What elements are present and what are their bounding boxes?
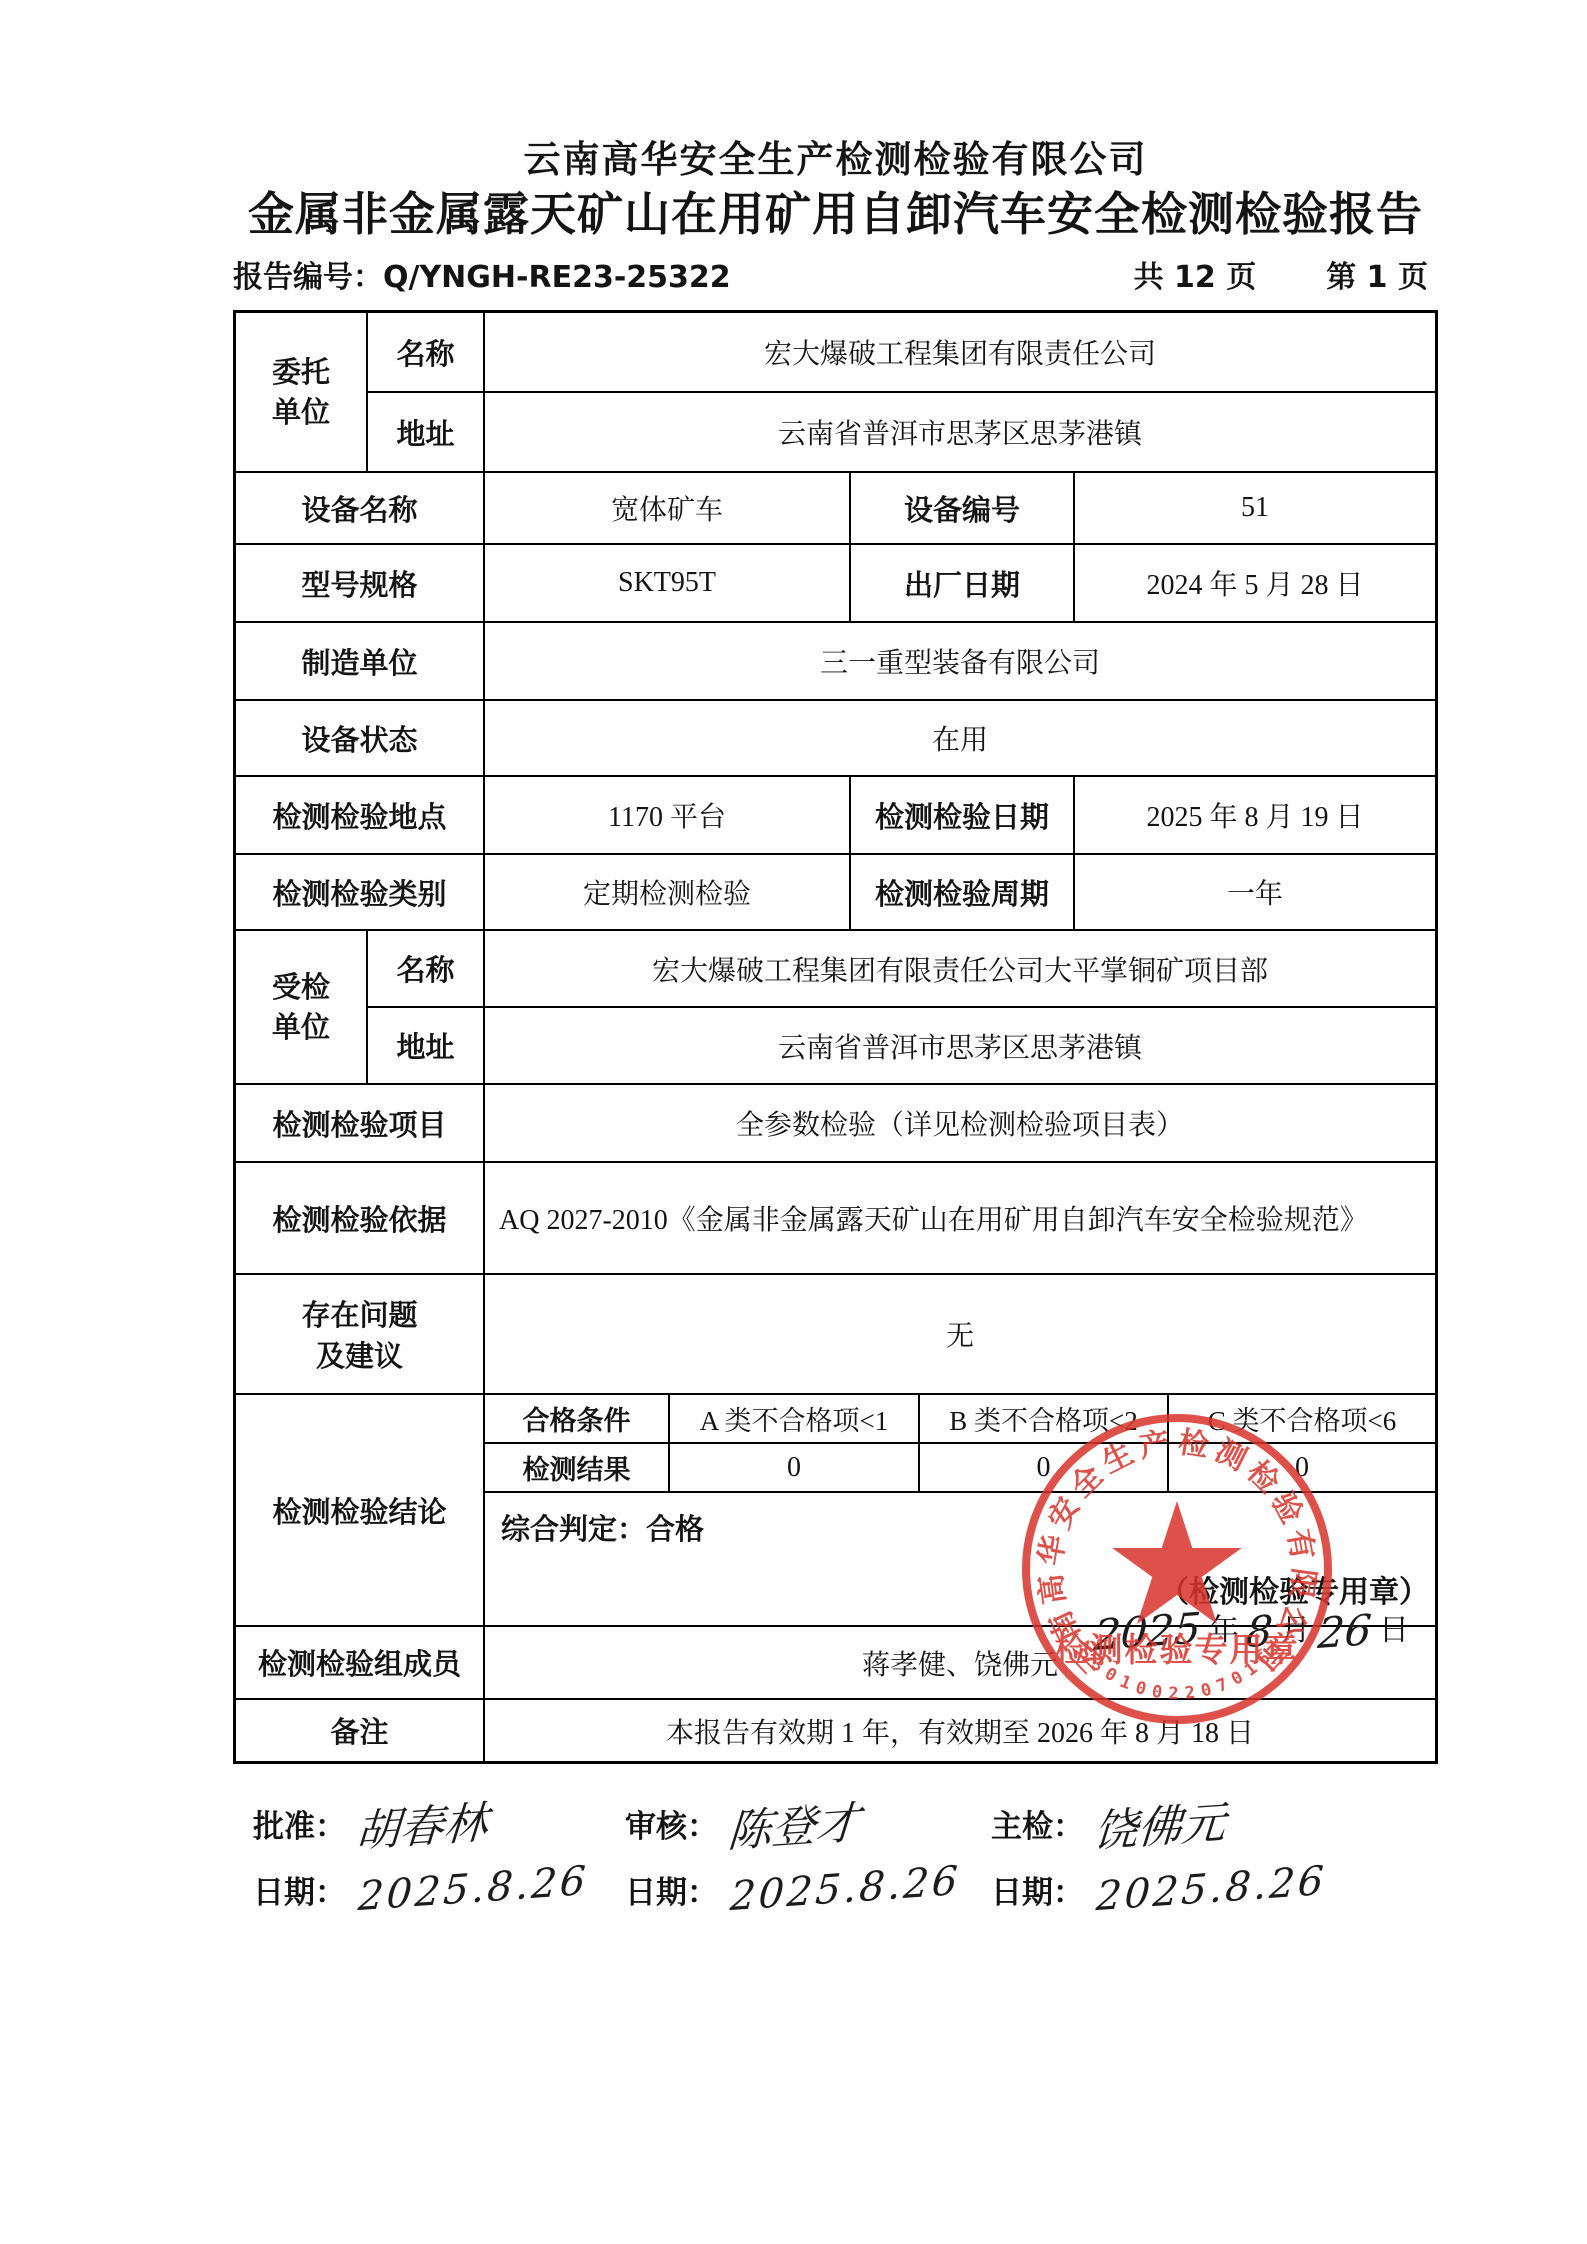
inspected-address-value: 云南省普洱市思茅区思茅港镇: [485, 1008, 1435, 1083]
chief-signature: 饶佛元: [1092, 1786, 1228, 1860]
review-label: 审核：: [625, 1801, 718, 1846]
seal-date-month: 8: [1245, 1606, 1275, 1657]
conclusion-group: 检测检验结论 合格条件 A 类不合格项<1 B 类不合格项<2 C 类不合格项<…: [236, 1393, 1435, 1625]
inspected-name-value: 宏大爆破工程集团有限责任公司大平掌铜矿项目部: [485, 931, 1435, 1006]
status-value: 在用: [485, 701, 1435, 775]
type-row: 检测检验类别 定期检测检验 检测检验周期 一年: [236, 853, 1435, 929]
remark-value: 本报告有效期 1 年，有效期至 2026 年 8 月 18 日: [485, 1700, 1435, 1761]
review-date: 2025.8.26: [729, 1858, 962, 1920]
client-name-value: 宏大爆破工程集团有限责任公司: [485, 313, 1435, 391]
type-value: 定期检测检验: [485, 855, 851, 929]
report-meta: 报告编号：Q/YNGH-RE23-25322 共 12 页 第 1 页: [233, 252, 1438, 296]
result-a: 0: [670, 1444, 920, 1491]
maker-row: 制造单位 三一重型装备有限公司: [236, 621, 1435, 699]
problems-value: 无: [485, 1275, 1435, 1393]
chief-date-label: 日期：: [991, 1867, 1084, 1912]
conclusion-label: 检测检验结论: [236, 1395, 485, 1625]
model-row: 型号规格 SKT95T 出厂日期 2024 年 5 月 28 日: [236, 543, 1435, 621]
approve-date-label: 日期：: [253, 1867, 346, 1912]
report-table: 委托单位 名称 宏大爆破工程集团有限责任公司 地址 云南省普洱市思茅区思茅港镇 …: [233, 310, 1438, 1764]
model-label: 型号规格: [236, 545, 485, 621]
result-c: 0: [1169, 1444, 1435, 1491]
client-group-label: 委托单位: [236, 313, 368, 471]
place-label: 检测检验地点: [236, 777, 485, 853]
approve-date: 2025.8.26: [357, 1858, 590, 1920]
report-number-value: Q/YNGH-RE23-25322: [383, 260, 731, 295]
criteria-label: 合格条件: [485, 1395, 670, 1442]
status-label: 设备状态: [236, 701, 485, 775]
result-label: 检测结果: [485, 1444, 670, 1491]
problems-row: 存在问题 及建议 无: [236, 1273, 1435, 1393]
chief-date: 2025.8.26: [1095, 1858, 1328, 1920]
inspection-date-label: 检测检验日期: [851, 777, 1075, 853]
report-page: 云南高华安全生产检测检验有限公司 金属非金属露天矿山在用矿用自卸汽车安全检测检验…: [0, 0, 1587, 2244]
basis-row: 检测检验依据 AQ 2027-2010《金属非金属露天矿山在用矿用自卸汽车安全检…: [236, 1161, 1435, 1273]
items-value: 全参数检验（详见检测检验项目表）: [485, 1085, 1435, 1161]
review-signature: 陈登才: [726, 1786, 862, 1860]
report-title: 金属非金属露天矿山在用矿用自卸汽车安全检测检验报告: [233, 186, 1438, 242]
approve-label: 批准：: [253, 1801, 346, 1846]
place-row: 检测检验地点 1170 平台 检测检验日期 2025 年 8 月 19 日: [236, 775, 1435, 853]
client-name-row: 名称 宏大爆破工程集团有限责任公司: [368, 313, 1435, 391]
inspected-group: 受检单位 名称 宏大爆破工程集团有限责任公司大平掌铜矿项目部 地址 云南省普洱市…: [236, 929, 1435, 1083]
result-b: 0: [920, 1444, 1169, 1491]
basis-label: 检测检验依据: [236, 1163, 485, 1273]
seal-date-day: 26: [1316, 1605, 1373, 1658]
basis-value: AQ 2027-2010《金属非金属露天矿山在用矿用自卸汽车安全检验规范》: [485, 1163, 1435, 1273]
inspected-address-label: 地址: [368, 1008, 485, 1083]
inspected-name-label: 名称: [368, 931, 485, 1006]
report-number: 报告编号：Q/YNGH-RE23-25322: [233, 252, 731, 296]
inspection-date-value: 2025 年 8 月 19 日: [1075, 777, 1435, 853]
inspected-name-row: 名称 宏大爆破工程集团有限责任公司大平掌铜矿项目部: [368, 931, 1435, 1006]
client-name-label: 名称: [368, 313, 485, 391]
criteria-row: 合格条件 A 类不合格项<1 B 类不合格项<2 C 类不合格项<6: [485, 1395, 1435, 1442]
verdict-text: 综合判定：合格: [501, 1507, 1425, 1548]
place-value: 1170 平台: [485, 777, 851, 853]
seal-date: 2025 年 8 月 26 日: [1094, 1605, 1409, 1656]
result-row: 检测结果 0 0 0: [485, 1442, 1435, 1491]
client-address-row: 地址 云南省普洱市思茅区思茅港镇: [368, 391, 1435, 471]
criteria-a: A 类不合格项<1: [670, 1395, 920, 1442]
type-label: 检测检验类别: [236, 855, 485, 929]
device-no-value: 51: [1075, 473, 1435, 543]
client-address-label: 地址: [368, 393, 485, 471]
criteria-b: B 类不合格项<2: [920, 1395, 1169, 1442]
report-sheet: 云南高华安全生产检测检验有限公司 金属非金属露天矿山在用矿用自卸汽车安全检测检验…: [233, 138, 1438, 1960]
items-label: 检测检验项目: [236, 1085, 485, 1161]
signature-area: 批准： 胡春林 日期： 2025.8.26 审核： 陈登才 日期： 2025.8…: [233, 1790, 1438, 1960]
device-name-row: 设备名称 宽体矿车 设备编号 51: [236, 471, 1435, 543]
team-label: 检测检验组成员: [236, 1627, 485, 1698]
review-date-label: 日期：: [625, 1867, 718, 1912]
remark-label: 备注: [236, 1700, 485, 1761]
client-group: 委托单位 名称 宏大爆破工程集团有限责任公司 地址 云南省普洱市思茅区思茅港镇: [236, 313, 1435, 471]
client-address-value: 云南省普洱市思茅区思茅港镇: [485, 393, 1435, 471]
maker-label: 制造单位: [236, 623, 485, 699]
seal-date-year: 2025: [1093, 1603, 1203, 1660]
cycle-label: 检测检验周期: [851, 855, 1075, 929]
remark-row: 备注 本报告有效期 1 年，有效期至 2026 年 8 月 18 日: [236, 1698, 1435, 1761]
cycle-value: 一年: [1075, 855, 1435, 929]
approve-signature-block: 批准： 胡春林 日期： 2025.8.26: [253, 1790, 623, 1922]
device-name-label: 设备名称: [236, 473, 485, 543]
items-row: 检测检验项目 全参数检验（详见检测检验项目表）: [236, 1083, 1435, 1161]
chief-label: 主检：: [991, 1801, 1084, 1846]
verdict-row: 综合判定：合格 （检测检验专用章） 2025 年 8 月 26 日: [485, 1491, 1435, 1625]
maker-value: 三一重型装备有限公司: [485, 623, 1435, 699]
review-signature-block: 审核： 陈登才 日期： 2025.8.26: [625, 1790, 995, 1922]
pages-total: 共 12 页: [1134, 252, 1257, 296]
made-date-label: 出厂日期: [851, 545, 1075, 621]
report-number-label: 报告编号：: [233, 260, 383, 295]
chief-signature-block: 主检： 饶佛元 日期： 2025.8.26: [991, 1790, 1361, 1922]
inspected-address-row: 地址 云南省普洱市思茅区思茅港镇: [368, 1006, 1435, 1083]
status-row: 设备状态 在用: [236, 699, 1435, 775]
criteria-c: C 类不合格项<6: [1169, 1395, 1435, 1442]
device-no-label: 设备编号: [851, 473, 1075, 543]
made-date-value: 2024 年 5 月 28 日: [1075, 545, 1435, 621]
inspected-group-label: 受检单位: [236, 931, 368, 1083]
page-current: 第 1 页: [1326, 252, 1428, 296]
approve-signature: 胡春林: [354, 1786, 490, 1860]
company-title: 云南高华安全生产检测检验有限公司: [233, 138, 1438, 182]
device-name-value: 宽体矿车: [485, 473, 851, 543]
problems-label: 存在问题 及建议: [236, 1275, 485, 1393]
model-value: SKT95T: [485, 545, 851, 621]
